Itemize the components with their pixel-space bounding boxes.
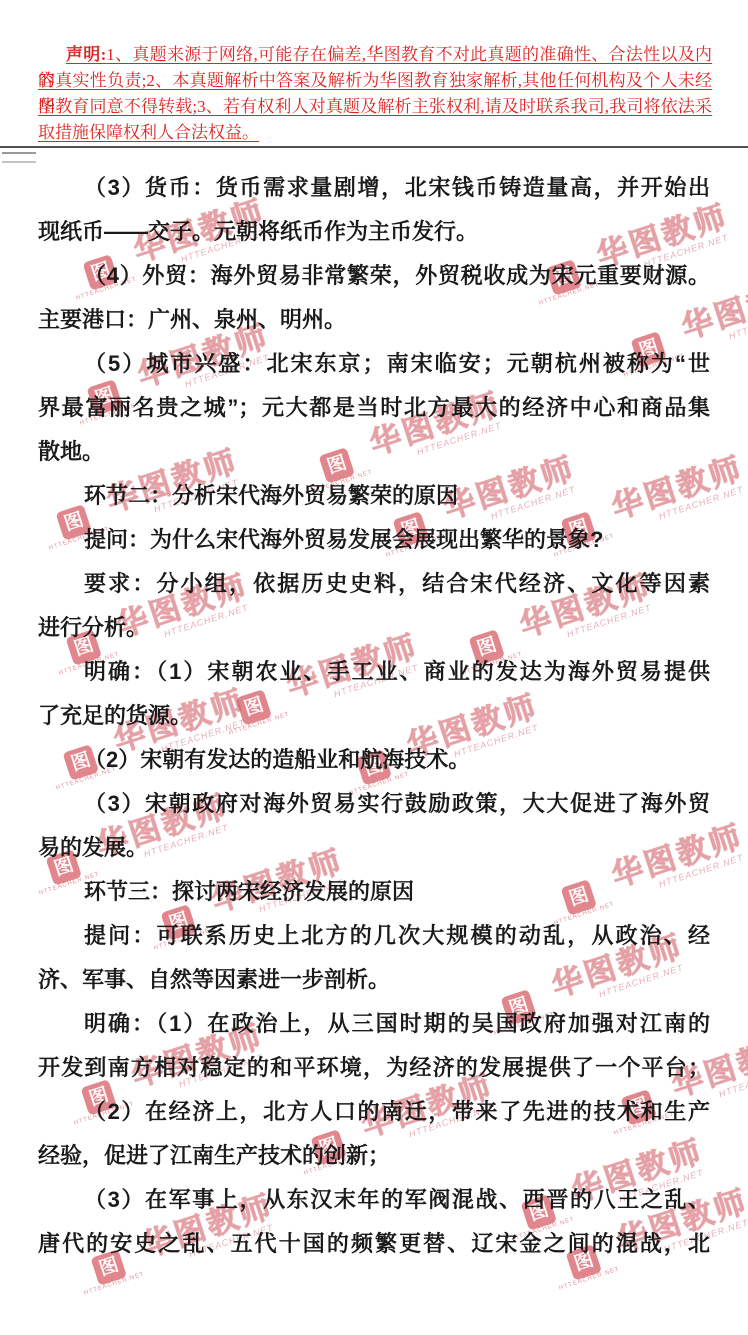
text-line: （5）城市兴盛：北宋东京；南宋临安；元朝杭州被称为“世 bbox=[38, 342, 710, 386]
text-line: 经验，促进了江南生产技术的创新； bbox=[38, 1134, 710, 1178]
text-line: 进行分析。 bbox=[38, 606, 710, 650]
declaration-line: 图教育同意不得转载;3、若有权利人对真题及解析主张权利,请及时联系我司,我司将依… bbox=[38, 94, 712, 120]
text-line: 济、军事、自然等因素进一步剖析。 bbox=[38, 958, 710, 1002]
declaration-line: 的真实性负责;2、本真题解析中答案及解析为华图教育独家解析,其他任何机构及个人未… bbox=[38, 68, 712, 94]
text-line: 要求：分小组，依据历史史料，结合宋代经济、文化等因素 bbox=[38, 562, 710, 606]
content-area: （3）货币：货币需求量剧增，北宋钱币铸造量高，并开始出现纸币——交子。元朝将纸币… bbox=[38, 166, 710, 1266]
declaration-line: 声明:1、真题来源于网络,可能存在偏差,华图教育不对此真题的准确性、合法性以及内… bbox=[38, 42, 712, 68]
text-line: （2）宋朝有发达的造船业和航海技术。 bbox=[38, 738, 710, 782]
watermark-domain: HTTEACHER.NET bbox=[717, 1062, 748, 1099]
text-line: 环节二：分析宋代海外贸易繁荣的原因 bbox=[38, 474, 710, 518]
text-line: （4）外贸：海外贸易非常繁荣，外贸税收成为宋元重要财源。 bbox=[38, 254, 710, 298]
text-line: 主要港口：广州、泉州、明州。 bbox=[38, 298, 710, 342]
huatu-logo-caption: HTTEACHER.NET bbox=[83, 1271, 145, 1297]
corner-tick bbox=[2, 152, 36, 163]
huatu-logo-caption: HTTEACHER.NET bbox=[558, 1266, 620, 1292]
divider-line bbox=[0, 146, 748, 148]
text-line: （2）在经济上，北方人口的南迁，带来了先进的技术和生产 bbox=[38, 1090, 710, 1134]
text-line: 环节三：探讨两宋经济发展的原因 bbox=[38, 870, 710, 914]
text-line: 唐代的安史之乱、五代十国的频繁更替、辽宋金之间的混战，北 bbox=[38, 1222, 710, 1266]
text-line: （3）宋朝政府对海外贸易实行鼓励政策，大大促进了海外贸 bbox=[38, 782, 710, 826]
text-line: 了充足的货源。 bbox=[38, 694, 710, 738]
text-line: 明确：（1）宋朝农业、手工业、商业的发达为海外贸易提供 bbox=[38, 650, 710, 694]
declaration-block: 声明:1、真题来源于网络,可能存在偏差,华图教育不对此真题的准确性、合法性以及内… bbox=[38, 42, 712, 146]
text-line: 开发到南方相对稳定的和平环境，为经济的发展提供了一个平台； bbox=[38, 1046, 710, 1090]
text-line: 易的发展。 bbox=[38, 826, 710, 870]
document-page: 图HTTEACHER.NET华图教师HTTEACHER.NET图HTTEACHE… bbox=[0, 0, 748, 1335]
text-line: 提问：为什么宋代海外贸易发展会展现出繁华的景象? bbox=[38, 518, 710, 562]
text-line: 散地。 bbox=[38, 430, 710, 474]
text-line: （3）货币：货币需求量剧增，北宋钱币铸造量高，并开始出 bbox=[38, 166, 710, 210]
declaration-label: 声明: bbox=[66, 45, 106, 64]
text-line: 现纸币——交子。元朝将纸币作为主币发行。 bbox=[38, 210, 710, 254]
text-line: 界最富丽名贵之城”；元大都是当时北方最大的经济中心和商品集 bbox=[38, 386, 710, 430]
declaration-line: 取措施保障权利人合法权益。 bbox=[38, 120, 712, 146]
text-line: 明确：（1）在政治上，从三国时期的吴国政府加强对江南的 bbox=[38, 1002, 710, 1046]
text-line: （3）在军事上，从东汉末年的军阀混战、西晋的八王之乱、 bbox=[38, 1178, 710, 1222]
text-line: 提问：可联系历史上北方的几次大规模的动乱，从政治、经 bbox=[38, 914, 710, 958]
watermark-domain: HTTEACHER.NET bbox=[727, 304, 748, 341]
